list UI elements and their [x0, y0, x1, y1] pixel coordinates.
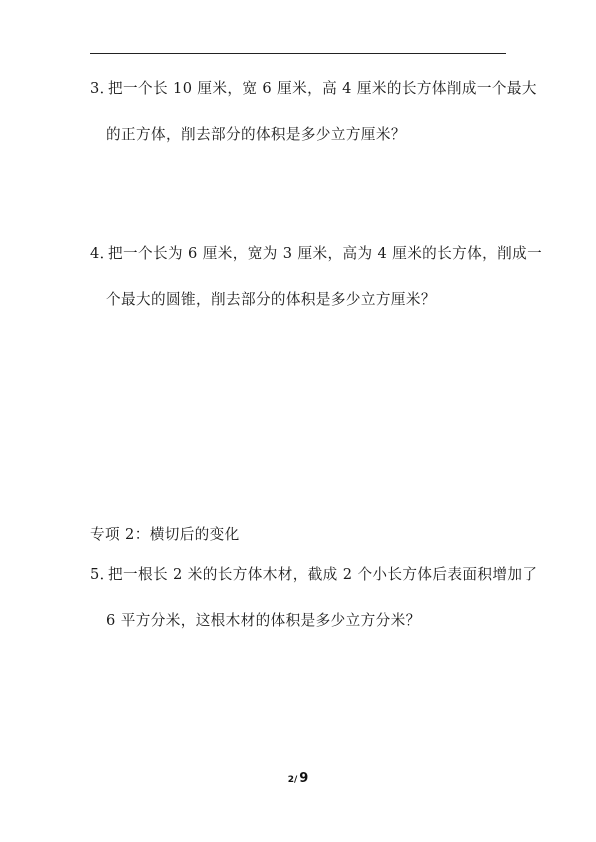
question-number: 3．: [90, 80, 108, 98]
question-number: 4．: [90, 245, 108, 263]
question-text: 个最大的圆锥，削去部分的体积是多少立方厘米？: [106, 291, 436, 308]
question-5-line-1: 5．把一根长 2 米的长方体木材，截成 2 个小长方体后表面积增加了: [90, 566, 537, 584]
question-5-line-2: 6 平方分米，这根木材的体积是多少立方分米？: [106, 612, 421, 630]
page-separator: /: [294, 775, 297, 785]
question-3-line-1: 3．把一个长 10 厘米，宽 6 厘米，高 4 厘米的长方体削成一个最大: [90, 80, 537, 98]
question-text: 的正方体，削去部分的体积是多少立方厘米？: [106, 126, 406, 143]
question-number: 5．: [90, 566, 108, 584]
question-text: 把一根长 2 米的长方体木材，截成 2 个小长方体后表面积增加了: [108, 566, 537, 583]
total-pages: 9: [299, 771, 308, 786]
question-4-line-2: 个最大的圆锥，削去部分的体积是多少立方厘米？: [106, 291, 436, 309]
header-rule: [90, 53, 506, 54]
question-text: 把一个长 10 厘米，宽 6 厘米，高 4 厘米的长方体削成一个最大: [108, 80, 537, 97]
question-text: 把一个长为 6 厘米，宽为 3 厘米，高为 4 厘米的长方体，削成一: [108, 245, 542, 262]
page-number: 2/9: [0, 767, 596, 786]
question-3-line-2: 的正方体，削去部分的体积是多少立方厘米？: [106, 126, 406, 144]
section-heading: 专项 2：横切后的变化: [90, 526, 240, 544]
question-4-line-1: 4．把一个长为 6 厘米，宽为 3 厘米，高为 4 厘米的长方体，削成一: [90, 245, 542, 263]
question-text: 6 平方分米，这根木材的体积是多少立方分米？: [106, 612, 421, 629]
